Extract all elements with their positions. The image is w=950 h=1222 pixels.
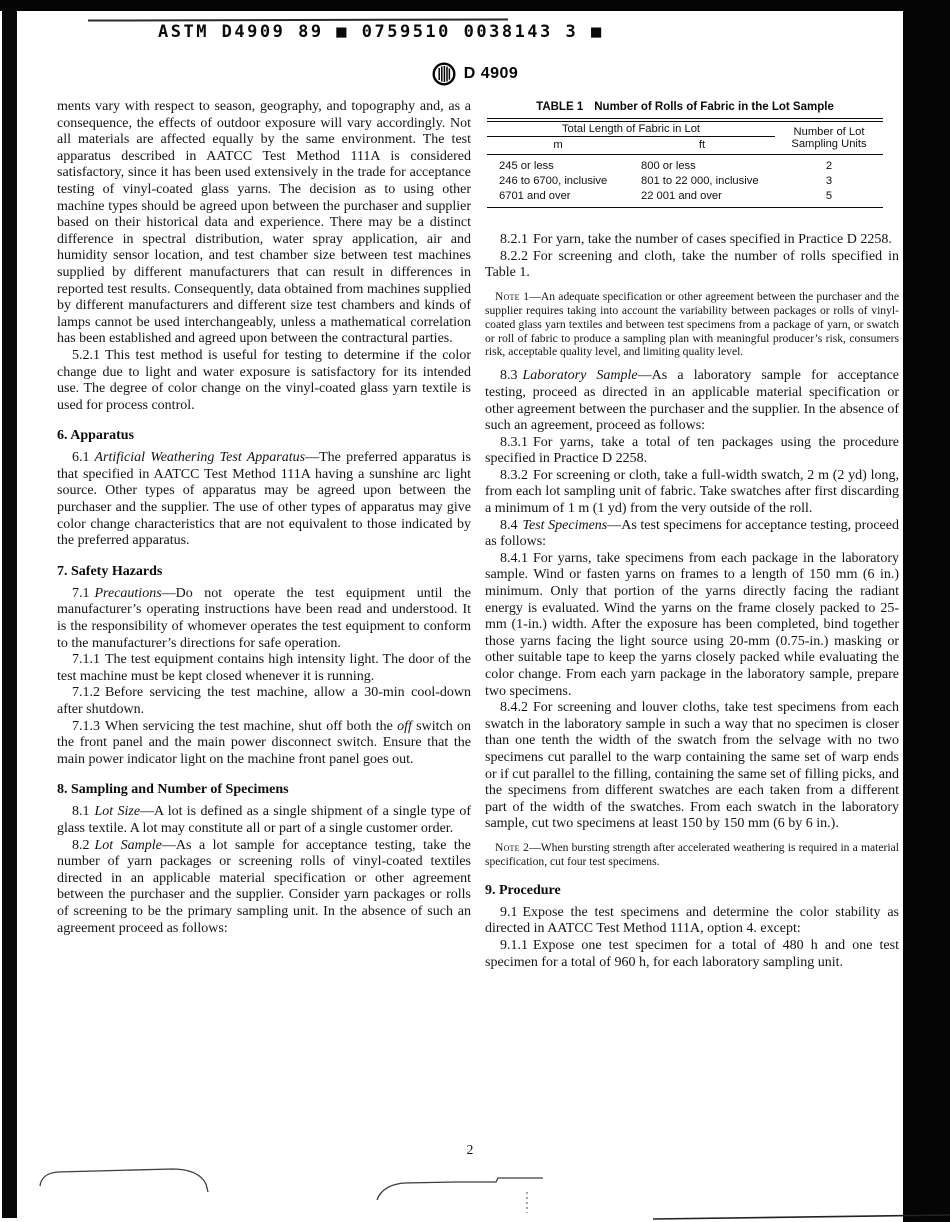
right-column: TABLE 1Number of Rolls of Fabric in the … xyxy=(485,99,899,971)
table-1-double-rule: Total Length of Fabric in Lot Number of … xyxy=(487,118,883,208)
paragraph-8-3-2: 8.3.2For screening or cloth, take a full… xyxy=(485,468,899,518)
section-heading-7: 7. Safety Hazards xyxy=(57,563,471,580)
scan-edge-top xyxy=(0,0,950,11)
section-heading-8: 8. Sampling and Number of Specimens xyxy=(57,781,471,798)
table-header-row: Total Length of Fabric in Lot Number of … xyxy=(487,122,883,137)
document-id-header: D 4909 xyxy=(0,60,950,88)
column-group-header: Total Length of Fabric in Lot xyxy=(487,122,775,137)
scan-edge-left xyxy=(2,8,17,1218)
ocr-header-line: ASTM D4909 89 ■ 0759510 0038143 3 ■ xyxy=(158,22,798,42)
scanned-document-page: { "header": { "scan_line": "ASTM D4909 8… xyxy=(0,0,950,1222)
scan-artifact-bottom-center xyxy=(377,1178,543,1200)
astm-logo-icon xyxy=(432,62,456,86)
table-row: 6701 and over 22 001 and over 5 xyxy=(487,189,883,208)
paragraph-9-1-1: 9.1.1Expose one test specimen for a tota… xyxy=(485,938,899,971)
paragraph-8-4-2: 8.4.2For screening and louver cloths, ta… xyxy=(485,700,899,833)
note-2: Note 2—When bursting strength after acce… xyxy=(485,841,899,869)
paragraph-8-4: 8.4Test Specimens—As test specimens for … xyxy=(485,518,899,551)
paragraph-continuation: ments vary with respect to season, geogr… xyxy=(57,99,471,348)
table-row: 245 or less 800 or less 2 xyxy=(487,155,883,174)
page-number: 2 xyxy=(430,1142,510,1158)
paragraph-5-2-1: 5.2.1This test method is useful for test… xyxy=(57,348,471,414)
paragraph-6-1: 6.1Artificial Weathering Test Apparatus—… xyxy=(57,450,471,550)
paragraph-7-1-3: 7.1.3When servicing the test machine, sh… xyxy=(57,719,471,769)
paragraph-8-3-1: 8.3.1For yarns, take a total of ten pack… xyxy=(485,435,899,468)
left-column: ments vary with respect to season, geogr… xyxy=(57,99,471,937)
scan-artifact-bottom-left xyxy=(40,1169,208,1192)
paragraph-8-4-1: 8.4.1For yarns, take specimens from each… xyxy=(485,551,899,700)
table-1: TABLE 1Number of Rolls of Fabric in the … xyxy=(487,101,883,208)
paragraph-7-1-1: 7.1.1The test equipment contains high in… xyxy=(57,652,471,685)
paragraph-9-1: 9.1Expose the test specimens and determi… xyxy=(485,905,899,938)
column-header-m: m xyxy=(487,137,629,155)
column-header-units: Number of Lot Sampling Units xyxy=(775,122,883,155)
table-1-title: TABLE 1Number of Rolls of Fabric in the … xyxy=(487,101,883,113)
paragraph-7-1-2: 7.1.2Before servicing the test machine, … xyxy=(57,685,471,718)
column-header-ft: ft xyxy=(629,137,775,155)
section-heading-6: 6. Apparatus xyxy=(57,427,471,444)
paragraph-7-1: 7.1Precautions—Do not operate the test e… xyxy=(57,586,471,652)
paragraph-8-2-2: 8.2.2For screening and cloth, take the n… xyxy=(485,249,899,282)
paragraph-8-2: 8.2Lot Sample—As a lot sample for accept… xyxy=(57,838,471,938)
doc-code: D 4909 xyxy=(464,65,519,83)
section-heading-9: 9. Procedure xyxy=(485,882,899,899)
paragraph-8-1: 8.1Lot Size—A lot is defined as a single… xyxy=(57,804,471,837)
scan-edge-right xyxy=(903,0,950,1222)
table-row: 246 to 6700, inclusive 801 to 22 000, in… xyxy=(487,174,883,189)
paragraph-8-3: 8.3Laboratory Sample—As a laboratory sam… xyxy=(485,368,899,434)
note-1: Note 1—An adequate specification or othe… xyxy=(485,290,899,360)
paragraph-8-2-1: 8.2.1For yarn, take the number of cases … xyxy=(485,232,899,249)
